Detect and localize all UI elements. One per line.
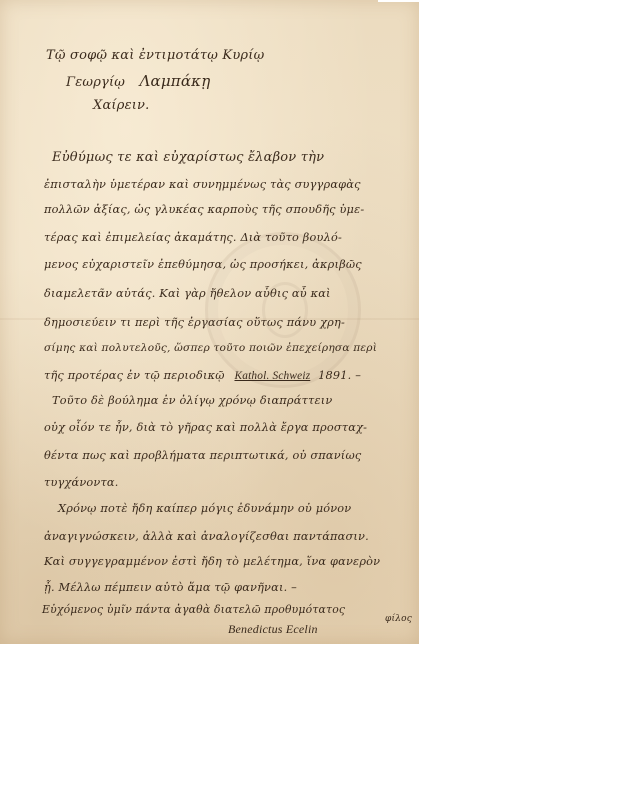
closing-side-word: φίλος [385,614,412,624]
body-line-text: τῆς προτέρας ἐν τῷ περιοδικῷ [44,369,225,382]
body-line: Χρόνῳ ποτὲ ἤδη καίπερ μόγις ἐδυνάμην οὐ … [58,502,351,515]
salutation-line-1: Τῷ σοφῷ καὶ ἐντιμοτάτῳ Κυρίῳ [46,48,264,63]
periodical-year: 1891. – [318,369,361,382]
body-line: οὐχ οἷόν τε ἦν, διὰ τὸ γῆρας καὶ πολλὰ ἔ… [44,421,367,434]
salutation-line-3: Χαίρειν. [93,98,149,113]
body-line: μενος εὐχαριστεῖν ἐπεθύμησα, ὡς προσήκει… [44,258,362,271]
closing-line: Εὐχόμενος ὑμῖν πάντα ἀγαθὰ διατελῶ προθυ… [42,603,345,616]
body-line: ἐπισταλὴν ὑμετέραν καὶ συνημμένως τὰς συ… [44,178,361,191]
periodical-title: Kathol. Schweiz [234,370,310,382]
paper-notch [378,0,420,2]
body-line-with-citation: τῆς προτέρας ἐν τῷ περιοδικῷ Kathol. Sch… [44,369,361,382]
body-line: σίμης καὶ πολυτελοῦς, ὥσπερ τοῦτο ποιῶν … [44,342,377,354]
recipient-first-name: Γεωργίῳ [66,75,125,90]
body-line: διαμελετᾶν αὐτάς. Καὶ γὰρ ἤθελον αὖθις α… [44,287,331,300]
body-line: τέρας καὶ ἐπιμελείας ἀκαμάτης. Διὰ τοῦτο… [44,231,342,244]
letter-paper: Τῷ σοφῷ καὶ ἐντιμοτάτῳ Κυρίῳ Γεωργίῳ Λαμ… [0,0,419,644]
body-line: Καὶ συγγεγραμμένον ἐστὶ ἤδη τὸ μελέτημα,… [44,555,380,568]
body-line: ἀναγιγνώσκειν, ἀλλὰ καὶ ἀναλογίζεσθαι πα… [44,530,369,543]
body-line: θέντα πως καὶ προβλήματα περιπτωτικά, οὐ… [44,449,361,462]
body-line: Εὐθύμως τε καὶ εὐχαρίστως ἔλαβον τὴν [52,150,324,165]
body-line: τυγχάνοντα. [44,476,119,489]
signature: Benedictus Ecelin [228,622,318,637]
body-line: πολλῶν ἀξίας, ὡς γλυκέας καρποὺς τῆς σπο… [44,203,364,216]
body-line: δημοσιεύειν τι περὶ τῆς ἐργασίας οὕτως π… [44,316,345,329]
salutation-line-2: Γεωργίῳ Λαμπάκῃ [66,72,210,90]
recipient-last-name: Λαμπάκῃ [139,72,210,90]
body-line: ᾖ. Μέλλω πέμπειν αὐτὸ ἅμα τῷ φανῆναι. – [44,581,297,594]
body-line: Τοῦτο δὲ βούλημα ἐν ὀλίγῳ χρόνῳ διαπράττ… [52,394,332,407]
